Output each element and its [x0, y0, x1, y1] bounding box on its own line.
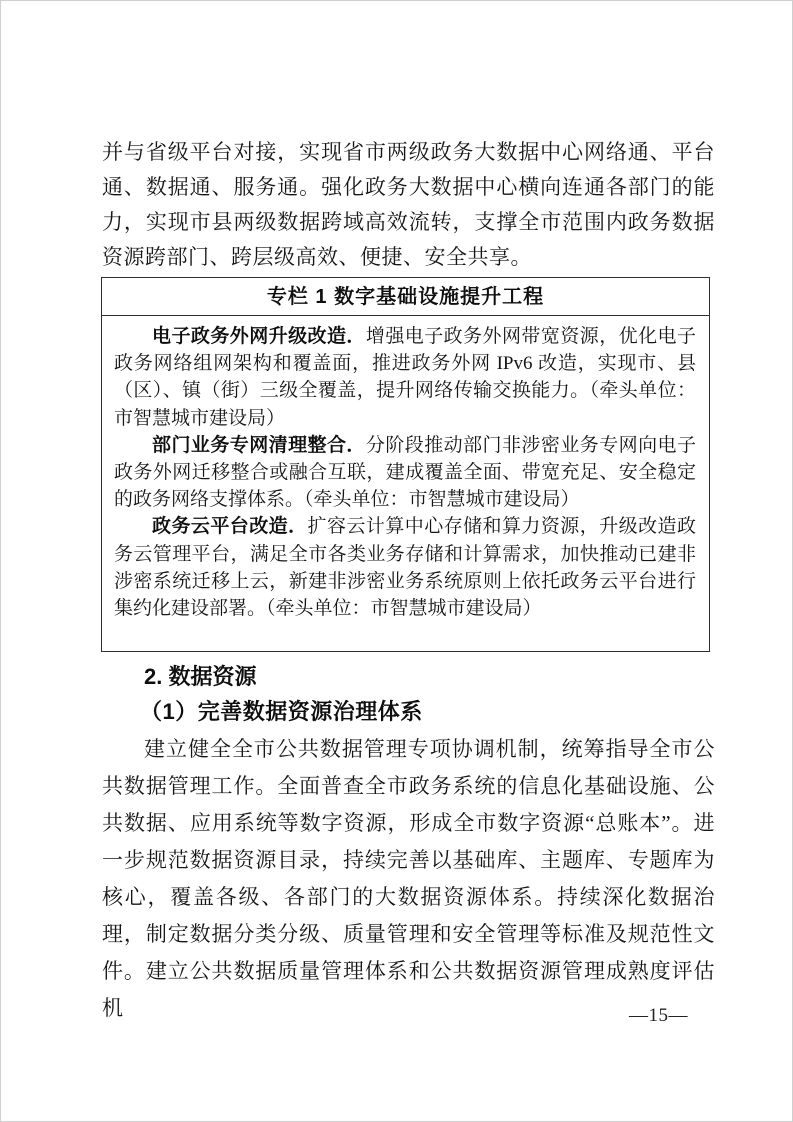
column-box-title: 专栏 1 数字基础设施提升工程 [102, 278, 709, 316]
column-box-item: 电子政务外网升级改造．增强电子政务外网带宽资源，优化电子政务网络组网架构和覆盖面… [114, 323, 696, 432]
column-box-item: 政务云平台改造．扩容云计算中心存储和算力资源，升级改造政务云管理平台，满足全市各… [114, 513, 696, 622]
body-paragraph: 建立健全全市公共数据管理专项协调机制，统筹指导全市公共数据管理工作。全面普查全市… [102, 731, 715, 1027]
section-sub-heading: （1）完善数据资源治理体系 [140, 695, 423, 726]
page-number: —15— [629, 1005, 688, 1027]
column-box-item-lead: 政务云平台改造． [152, 516, 308, 537]
intro-paragraph: 并与省级平台对接，实现省市两级政务大数据中心网络通、平台通、数据通、服务通。强化… [102, 135, 715, 275]
column-box-item-lead: 电子政务外网升级改造． [152, 326, 366, 347]
column-box-item-lead: 部门业务专网清理整合． [152, 435, 366, 456]
column-box: 专栏 1 数字基础设施提升工程 电子政务外网升级改造．增强电子政务外网带宽资源，… [101, 277, 710, 652]
section-number-heading: 2. 数据资源 [144, 660, 256, 691]
column-box-item: 部门业务专网清理整合．分阶段推动部门非涉密业务专网向电子政务外网迁移整合或融合互… [114, 432, 696, 514]
column-box-body: 电子政务外网升级改造．增强电子政务外网带宽资源，优化电子政务网络组网架构和覆盖面… [102, 316, 709, 630]
document-page: 并与省级平台对接，实现省市两级政务大数据中心网络通、平台通、数据通、服务通。强化… [0, 0, 793, 1122]
